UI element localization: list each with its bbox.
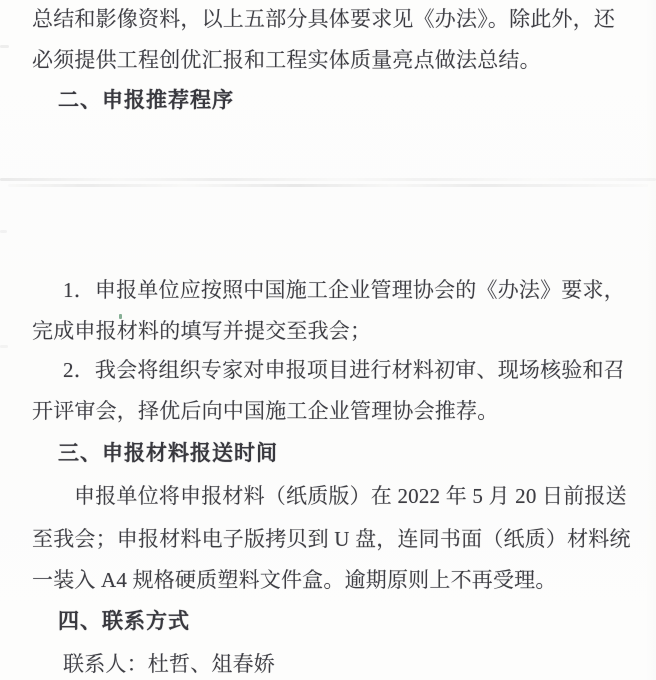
section-2-item-2-line-1: 2．我会将组织专家对申报项目进行材料初审、现场核验和召 [63,357,625,383]
section-3-para-line-2: 至我会；申报材料电子版拷贝到 U 盘，连同书面（纸质）材料统 [32,526,631,552]
section-4-contact-line: 联系人：杜哲、俎春娇 [63,651,275,677]
section-2-heading: 二、申报推荐程序 [58,87,234,113]
section-3-para-line-3: 一装入 A4 规格硬质塑料文件盒。逾期原则上不再受理。 [32,567,557,593]
scan-artifact-smudge-line-upper [0,178,656,181]
document-page: 总结和影像资料，以上五部分具体要求见《办法》。除此外，还 必须提供工程创优汇报和… [0,0,656,680]
intro-line-1: 总结和影像资料，以上五部分具体要求见《办法》。除此外，还 [32,6,615,32]
scan-artifact-edge-mark [0,45,9,48]
section-3-heading: 三、申报材料报送时间 [58,440,278,466]
section-2-item-1-line-1: 1．申报单位应按照中国施工企业管理协会的《办法》要求， [63,277,625,303]
intro-line-2: 必须提供工程创优汇报和工程实体质量亮点做法总结。 [32,47,541,73]
scan-artifact-right-shade [646,0,656,680]
scan-artifact-edge-mark [0,345,8,348]
section-2-item-1-line-2: 完成申报材料的填写并提交至我会； [32,318,371,344]
section-3-para-line-1: 申报单位将申报材料（纸质版）在 2022 年 5 月 20 日前报送 [74,483,627,509]
section-4-heading: 四、联系方式 [58,608,190,634]
scan-artifact-edge-mark [0,230,7,233]
section-2-item-2-line-2: 开评审会，择优后向中国施工企业管理协会推荐。 [32,398,498,424]
scan-artifact-smudge-line-lower [8,184,648,187]
